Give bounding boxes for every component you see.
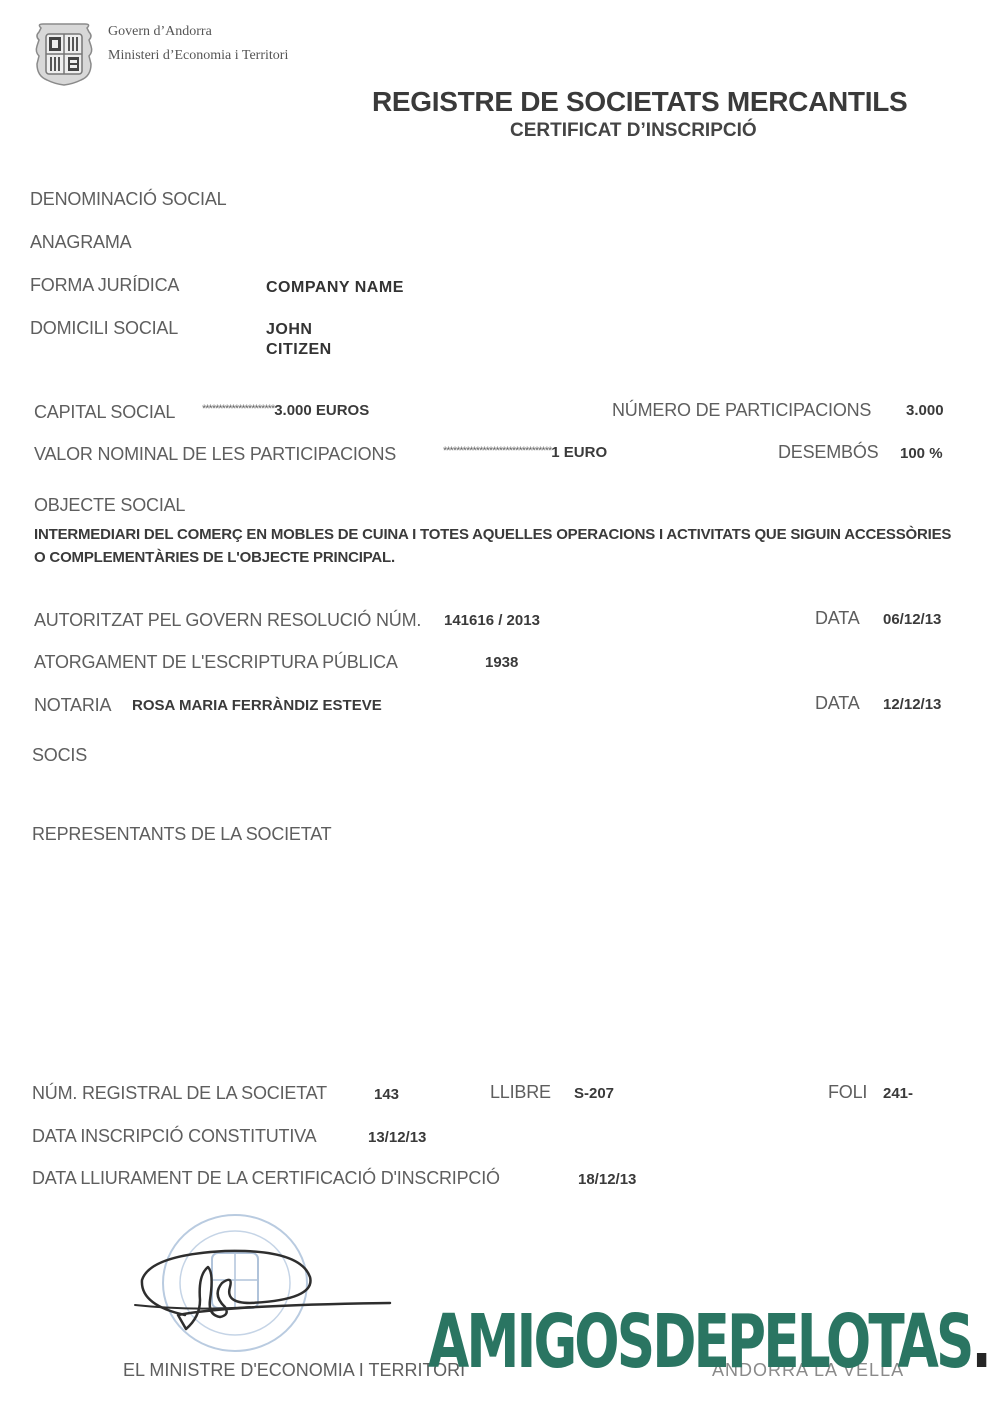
foli-value: 241-: [883, 1085, 913, 1102]
capital-social-row: **********************3.000 EUROS: [202, 402, 369, 420]
llibre-label: LLIBRE: [490, 1082, 551, 1103]
notaria-date: 12/12/13: [883, 696, 941, 713]
watermark-main: AMIGOSDEPELOTAS: [428, 1299, 972, 1385]
autoritzat-label: AUTORITZAT PEL GOVERN RESOLUCIÓ NÚM.: [34, 610, 421, 631]
denominacio-social-label: DENOMINACIÓ SOCIAL: [30, 189, 226, 210]
objecte-social-value: INTERMEDIARI DEL COMERÇ EN MOBLES DE CUI…: [34, 523, 964, 569]
government-name: Govern d’Andorra: [108, 24, 212, 40]
forma-juridica-value: COMPANY NAME: [266, 279, 404, 297]
capital-social-filler: **********************: [202, 403, 274, 415]
llibre-value: S-207: [574, 1085, 614, 1102]
valor-nominal-value: 1 EURO: [551, 444, 607, 461]
capital-social-value: 3.000 EUROS: [274, 402, 369, 419]
desembos-label: DESEMBÓS: [778, 442, 878, 463]
data-inscripcio-value: 13/12/13: [368, 1129, 426, 1146]
anagrama-label: ANAGRAMA: [30, 232, 131, 253]
site-watermark: AMIGOSDEPELOTAS.COM: [428, 1300, 990, 1384]
notaria-value: ROSA MARIA FERRÀNDIZ ESTEVE: [132, 697, 382, 714]
document-subtitle: CERTIFICAT D’INSCRIPCIÓ: [510, 120, 757, 142]
ministry-name: Ministeri d’Economia i Territori: [108, 48, 288, 64]
autoritzat-value: 141616 / 2013: [444, 612, 540, 629]
foli-label: FOLI: [828, 1082, 867, 1103]
notaria-date-label: DATA: [815, 693, 860, 714]
domicili-social-label: DOMICILI SOCIAL: [30, 318, 178, 339]
data-lliurament-value: 18/12/13: [578, 1171, 636, 1188]
watermark-tld: .COM: [972, 1299, 990, 1385]
num-registral-label: NÚM. REGISTRAL DE LA SOCIETAT: [32, 1083, 327, 1104]
data-inscripcio-label: DATA INSCRIPCIÓ CONSTITUTIVA: [32, 1126, 316, 1147]
representants-label: REPRESENTANTS DE LA SOCIETAT: [32, 824, 331, 845]
valor-nominal-filler: *********************************: [443, 445, 551, 457]
domicili-social-value-line1: JOHN: [266, 321, 312, 339]
objecte-social-label: OBJECTE SOCIAL: [34, 495, 185, 516]
numero-participacions-value: 3.000: [906, 402, 944, 419]
notaria-label: NOTARIA: [34, 695, 111, 716]
desembos-value: 100 %: [900, 445, 943, 462]
andorra-coat-of-arms-icon: [33, 22, 95, 86]
domicili-social-value-line2: CITIZEN: [266, 341, 332, 359]
atorgament-value: 1938: [485, 654, 518, 671]
autoritzat-date-label: DATA: [815, 608, 860, 629]
socis-label: SOCIS: [32, 745, 87, 766]
valor-nominal-label: VALOR NOMINAL DE LES PARTICIPACIONS: [34, 444, 396, 465]
valor-nominal-row: *********************************1 EURO: [443, 444, 607, 462]
capital-social-label: CAPITAL SOCIAL: [34, 402, 175, 423]
signature-icon: [130, 1245, 400, 1335]
data-lliurament-label: DATA LLIURAMENT DE LA CERTIFICACIÓ D'INS…: [32, 1168, 500, 1189]
atorgament-label: ATORGAMENT DE L'ESCRIPTURA PÚBLICA: [34, 652, 398, 673]
document-title: REGISTRE DE SOCIETATS MERCANTILS: [372, 86, 907, 118]
num-registral-value: 143: [374, 1086, 399, 1103]
signatory-title: EL MINISTRE D'ECONOMIA I TERRITORI: [123, 1360, 465, 1381]
numero-participacions-label: NÚMERO DE PARTICIPACIONS: [612, 400, 871, 421]
forma-juridica-label: FORMA JURÍDICA: [30, 275, 179, 296]
autoritzat-date: 06/12/13: [883, 611, 941, 628]
